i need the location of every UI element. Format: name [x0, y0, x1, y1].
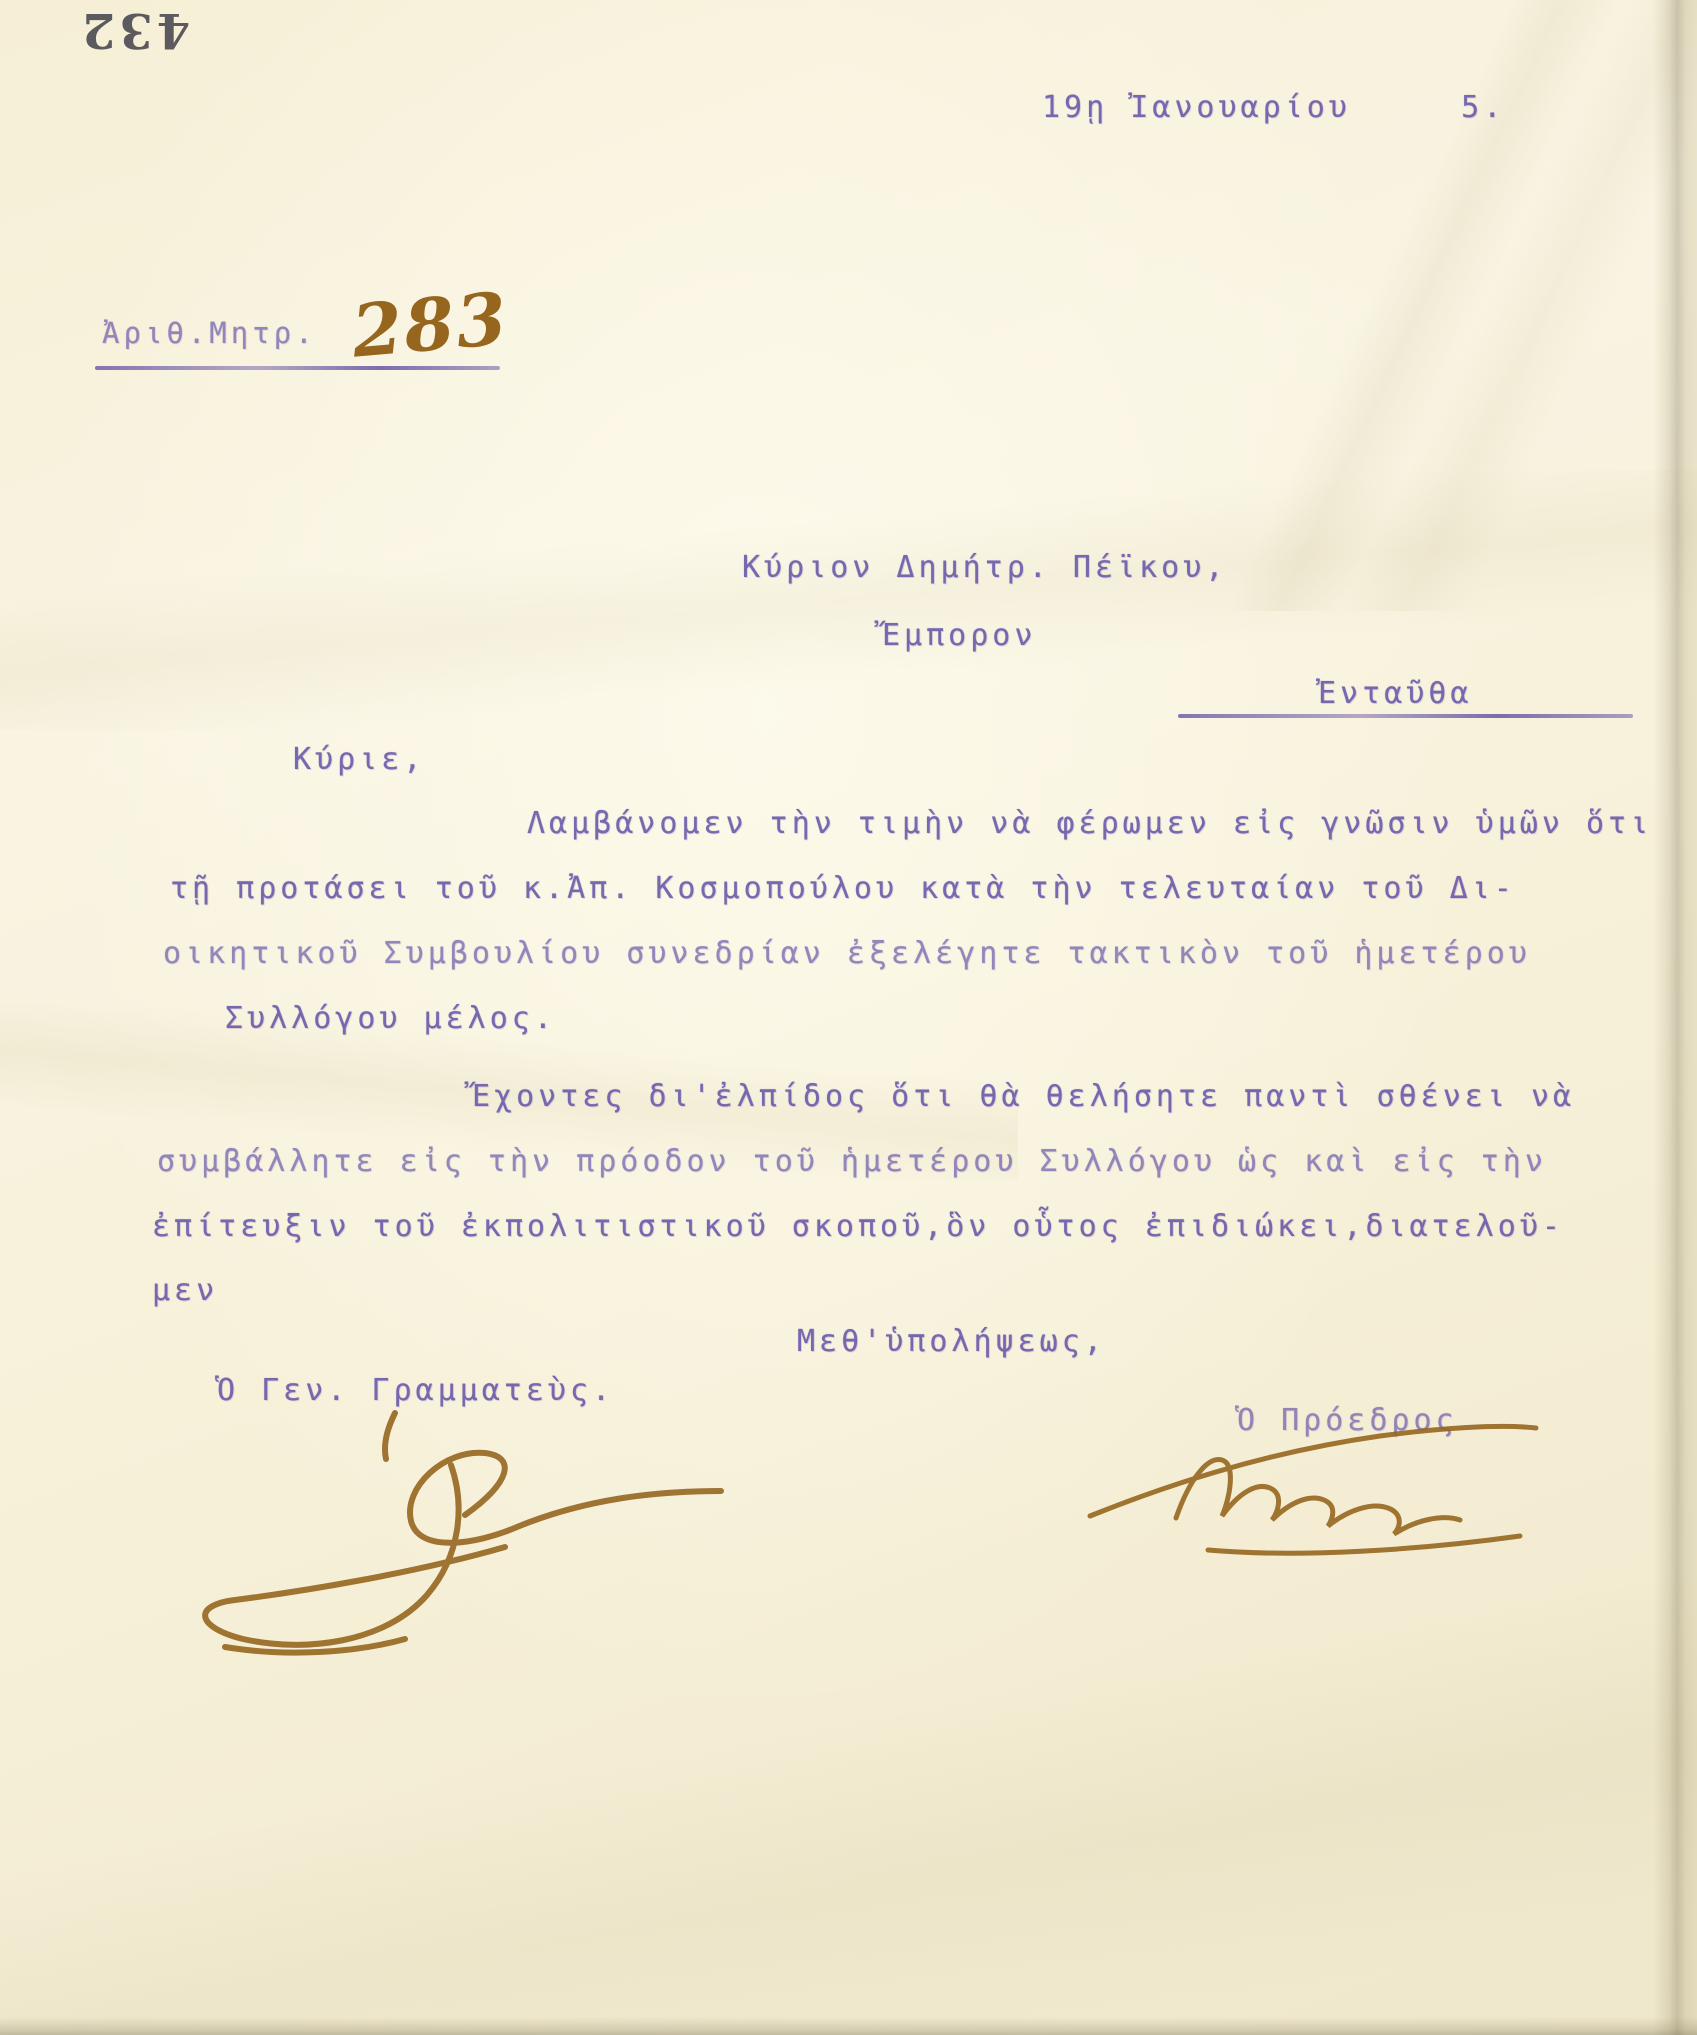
- body-line: Λαμβάνομεν τὴν τιμὴν νὰ φέρωμεν εἰς γνῶσ…: [527, 806, 1652, 841]
- recipient-place: Ἐνταῦθα: [1318, 676, 1472, 711]
- salutation: Κύριε,: [293, 742, 425, 777]
- ref-label: Ἀριθ.Μητρ.: [102, 316, 317, 350]
- scanned-letter-page: { "page": { "page_number": "432", "date_…: [0, 0, 1697, 2035]
- recipient-name: Κύριον Δημήτρ. Πέϊκου,: [742, 550, 1227, 585]
- closing-phrase: Μεθ'ὑπολήψεως,: [797, 1324, 1106, 1359]
- ref-underline: [95, 366, 500, 370]
- body-line: Ἔχοντες δι'ἐλπίδος ὅτι θὰ θελήσητε παντὶ…: [472, 1079, 1575, 1114]
- body-line: ἐπίτευξιν τοῦ ἐκπολιτιστικοῦ σκοποῦ,ὃν ο…: [152, 1209, 1564, 1244]
- page-edge: [1653, 0, 1697, 2035]
- secretary-signature: [165, 1395, 745, 1665]
- body-line: Συλλόγου μέλος.: [225, 1001, 556, 1036]
- president-signature: [1080, 1398, 1560, 1568]
- body-line: συμβάλλητε εἰς τὴν πρόοδον τοῦ ἡμετέρου …: [157, 1144, 1547, 1179]
- body-line: οικητικοῦ Συμβουλίου συνεδρίαν ἐξελέγητε…: [163, 936, 1531, 971]
- page-number: 432: [78, 2, 190, 58]
- body-line: μεν: [152, 1273, 218, 1308]
- date-line: 19ῃ Ἰανουαρίου 5.: [1042, 90, 1505, 125]
- place-underline: [1178, 714, 1633, 718]
- page-edge: [0, 2017, 1697, 2035]
- ref-number-handwritten: 283: [349, 275, 512, 373]
- recipient-title: Ἔμπορον: [882, 618, 1036, 653]
- body-line: τῇ προτάσει τοῦ κ.Ἀπ. Κοσμοπούλου κατὰ τ…: [170, 871, 1516, 906]
